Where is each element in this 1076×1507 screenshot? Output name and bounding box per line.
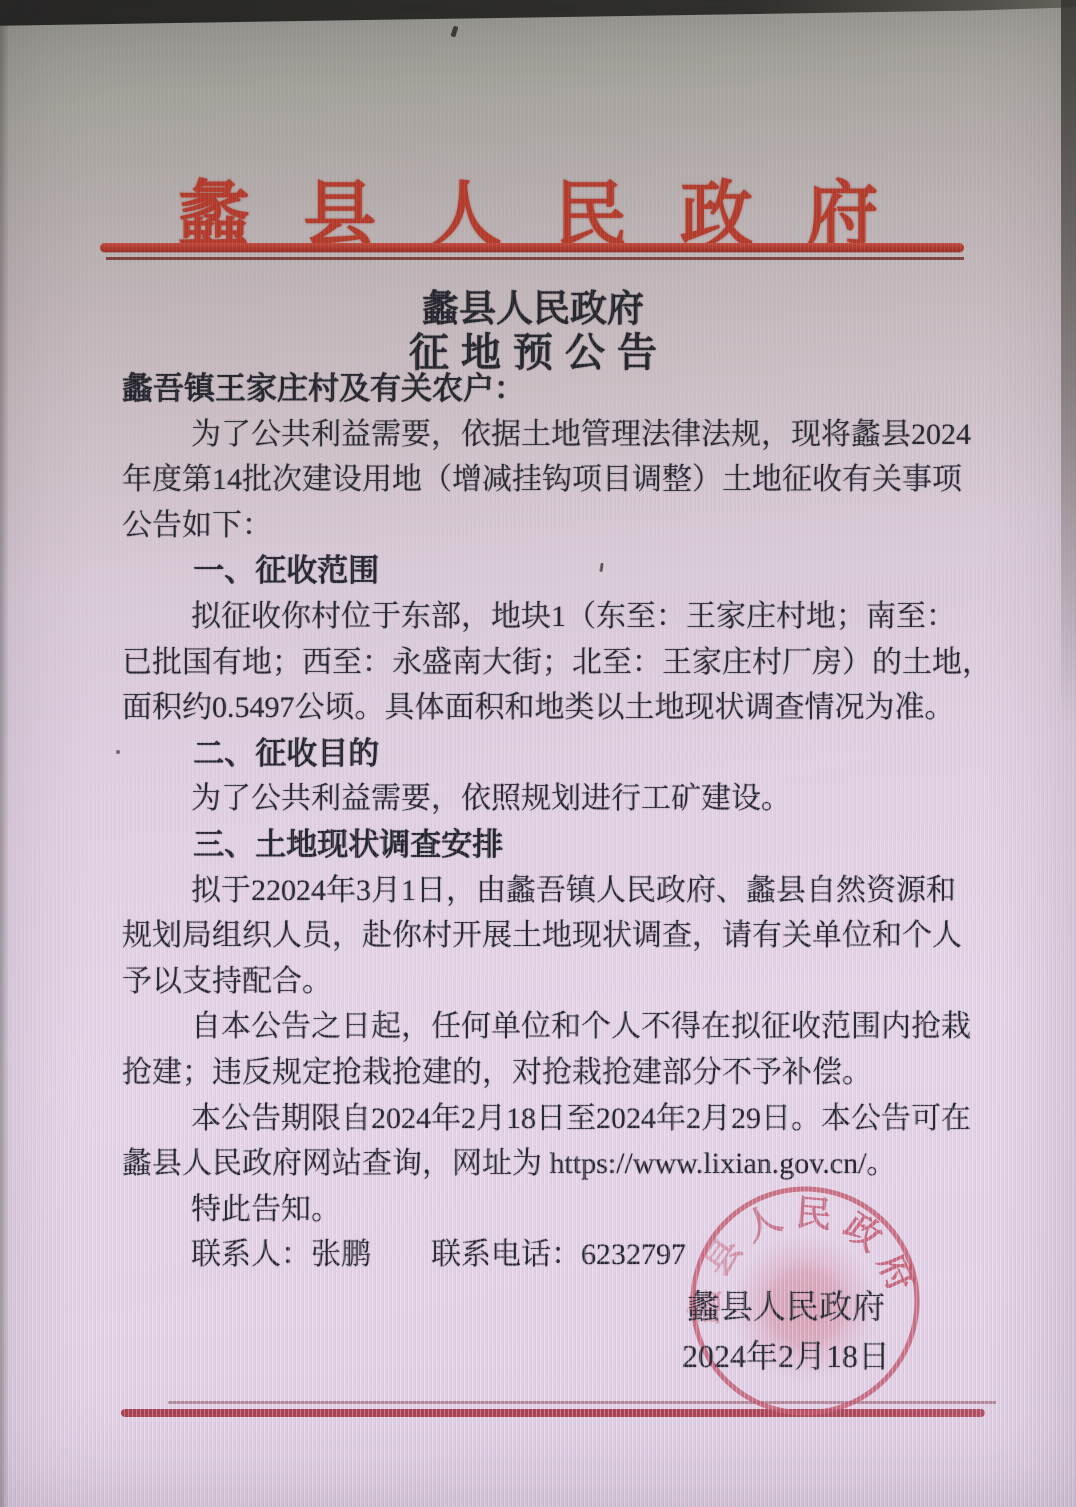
body-line: 面积约0.5497公顷。具体面积和地类以土地现状调查情况为准。 bbox=[122, 685, 962, 731]
photo-speck bbox=[450, 25, 458, 37]
body-line: 为了公共利益需要，依据土地管理法律法规，现将蠡县2024 bbox=[122, 412, 962, 458]
body-line: 三、土地现状调查安排 bbox=[122, 822, 962, 868]
body-line: 一、征收范围 bbox=[122, 548, 962, 594]
photo-speck bbox=[116, 750, 120, 754]
masthead-rule-thick bbox=[100, 243, 964, 252]
body-line: 年度第14批次建设用地（增减挂钩项目调整）土地征收有关事项 bbox=[122, 457, 962, 503]
body-line: 抢建；违反规定抢栽抢建的，对抢栽抢建部分不予补偿。 bbox=[122, 1050, 962, 1096]
masthead-rule-thin bbox=[106, 257, 964, 260]
body-line: 蠡县人民政府网站查询，网址为 https://www.lixian.gov.cn… bbox=[122, 1141, 962, 1187]
body-line: 蠡吾镇王家庄村及有关农户： bbox=[122, 366, 962, 412]
photo-left-edge bbox=[0, 0, 9, 1507]
document-page: 蠡县人民政府 蠡县人民政府 征地预公告 蠡吾镇王家庄村及有关农户： 为了公共利益… bbox=[0, 0, 1076, 1507]
signature-org: 蠡县人民政府 bbox=[640, 1281, 932, 1328]
signature-date: 2024年2月18日 bbox=[636, 1331, 936, 1377]
body-line: 拟征收你村位于东部，地块1（东至：王家庄村地；南至： bbox=[122, 594, 962, 640]
photo-of-document: 蠡县人民政府 蠡县人民政府 征地预公告 蠡吾镇王家庄村及有关农户： 为了公共利益… bbox=[0, 0, 1076, 1507]
body-line: 拟于22024年3月1日，由蠡吾镇人民政府、蠡县自然资源和 bbox=[122, 868, 962, 914]
body-line: 公告如下： bbox=[122, 503, 962, 549]
body-line: 为了公共利益需要，依照规划进行工矿建设。 bbox=[122, 776, 962, 822]
body-line: 规划局组织人员，赴你村开展土地现状调查，请有关单位和个人 bbox=[122, 913, 962, 959]
body-line: 二、征收目的 bbox=[122, 731, 962, 777]
body-line: 自本公告之日起，任何单位和个人不得在拟征收范围内抢栽 bbox=[122, 1004, 962, 1050]
body-line: 已批国有地；西至：永盛南大街；北至：王家庄村厂房）的土地， bbox=[122, 640, 962, 686]
body-line: 予以支持配合。 bbox=[122, 959, 962, 1005]
photo-top-edge bbox=[0, 0, 1076, 28]
photo-right-edge bbox=[1061, 0, 1076, 723]
announcement-body: 蠡吾镇王家庄村及有关农户： 为了公共利益需要，依据土地管理法律法规，现将蠡县20… bbox=[122, 366, 962, 1278]
body-line: 本公告期限自2024年2月18日至2024年2月29日。本公告可在 bbox=[122, 1096, 962, 1142]
